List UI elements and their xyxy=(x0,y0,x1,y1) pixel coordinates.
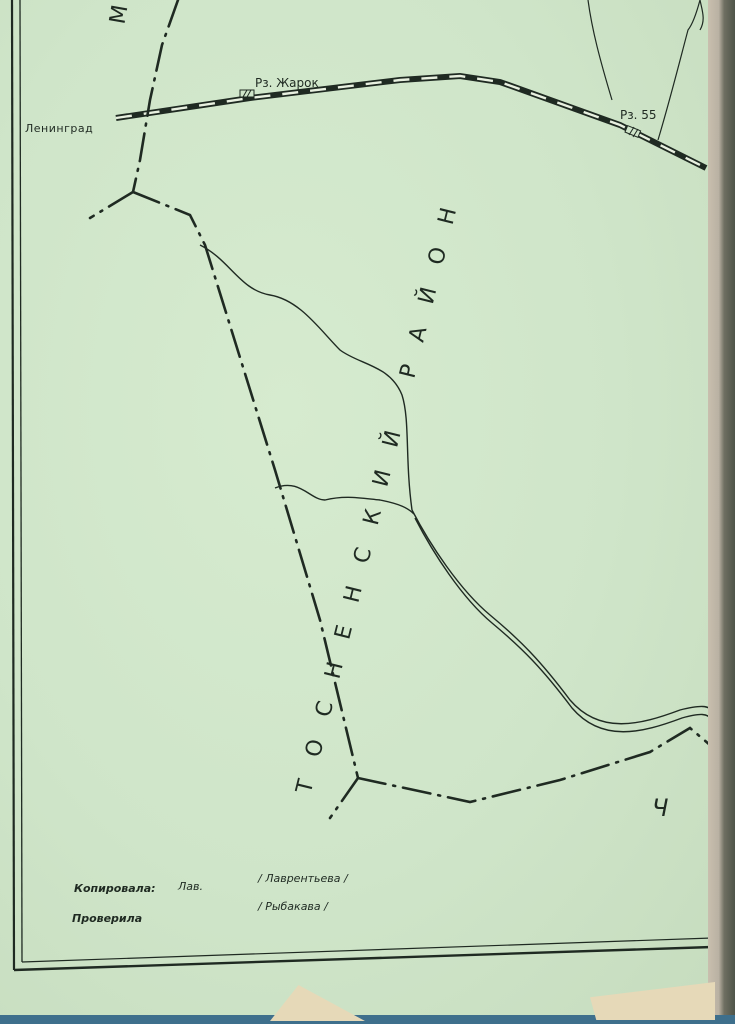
station-label-zharok: Рз. Жарок xyxy=(255,76,319,90)
city-label-leningrad: Ленинград xyxy=(25,122,93,135)
checked-name: / Рыбакава / xyxy=(258,900,328,913)
copied-label: Копировала: xyxy=(74,882,156,895)
railway-line xyxy=(116,76,706,168)
station-marker-55 xyxy=(625,126,641,138)
corner-letter-ch: Ч xyxy=(652,794,668,822)
station-marker-zharok xyxy=(240,90,254,97)
sheet-edge xyxy=(708,0,735,1024)
checked-label: Проверила xyxy=(72,912,142,925)
station-label-55: Рз. 55 xyxy=(620,108,657,122)
river xyxy=(200,245,712,732)
map-frame xyxy=(12,0,712,970)
copied-name: / Лаврентьева / xyxy=(258,872,348,885)
copied-initials: Лав. xyxy=(178,880,203,893)
corner-letter-m: М xyxy=(106,3,134,26)
